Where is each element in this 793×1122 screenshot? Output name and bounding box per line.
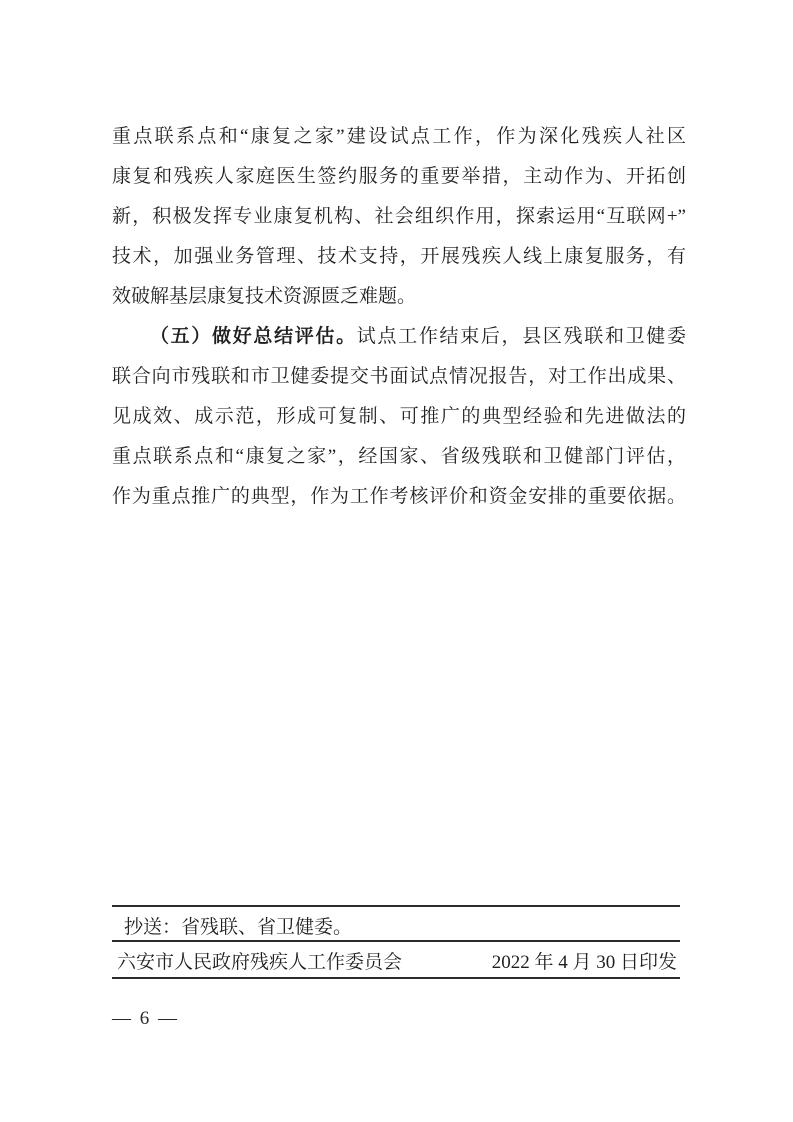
body-line: 技术，加强业务管理、技术支持，开展残疾人线上康复服务，有: [112, 237, 686, 277]
cc-row: 抄送：省残联、省卫健委。: [112, 907, 680, 940]
print-date-text: 2022 年 4 月 30 日印发: [492, 947, 677, 974]
body-line: 重点联系点和“康复之家”建设试点工作，作为深化残疾人社区: [112, 117, 686, 157]
body-line: 重点联系点和“康复之家”，经国家、省级残联和卫健部门评估，: [112, 437, 686, 477]
document-footer: 抄送：省残联、省卫健委。 六安市人民政府残疾人工作委员会 2022 年 4 月 …: [112, 905, 680, 979]
body-line: 见成效、成示范，形成可复制、可推广的典型经验和先进做法的: [112, 397, 686, 437]
section-heading: （五）做好总结评估。: [150, 326, 357, 347]
body-line-section-start: （五）做好总结评估。试点工作结束后，县区残联和卫健委: [112, 317, 686, 357]
document-page: 重点联系点和“康复之家”建设试点工作，作为深化残疾人社区 康复和残疾人家庭医生签…: [0, 0, 793, 1122]
issuer-text: 六安市人民政府残疾人工作委员会: [117, 947, 402, 974]
cc-line-text: 抄送：省残联、省卫健委。: [124, 912, 352, 939]
body-line: 联合向市残联和市卫健委提交书面试点情况报告，对工作出成果、: [112, 357, 686, 397]
section-lead-text: 试点工作结束后，县区残联和卫健委: [357, 326, 686, 347]
footer-bottom-rule: [112, 977, 680, 979]
body-line: 新，积极发挥专业康复机构、社会组织作用，探索运用“互联网+”: [112, 197, 686, 237]
issue-row: 六安市人民政府残疾人工作委员会 2022 年 4 月 30 日印发: [112, 942, 680, 977]
document-body: 重点联系点和“康复之家”建设试点工作，作为深化残疾人社区 康复和残疾人家庭医生签…: [112, 117, 686, 517]
page-number: — 6 —: [112, 1008, 179, 1030]
body-line: 康复和残疾人家庭医生签约服务的重要举措，主动作为、开拓创: [112, 157, 686, 197]
body-line-paragraph-end: 效破解基层康复技术资源匮乏难题。: [112, 277, 686, 317]
body-line-paragraph-end: 作为重点推广的典型，作为工作考核评价和资金安排的重要依据。: [112, 477, 686, 517]
